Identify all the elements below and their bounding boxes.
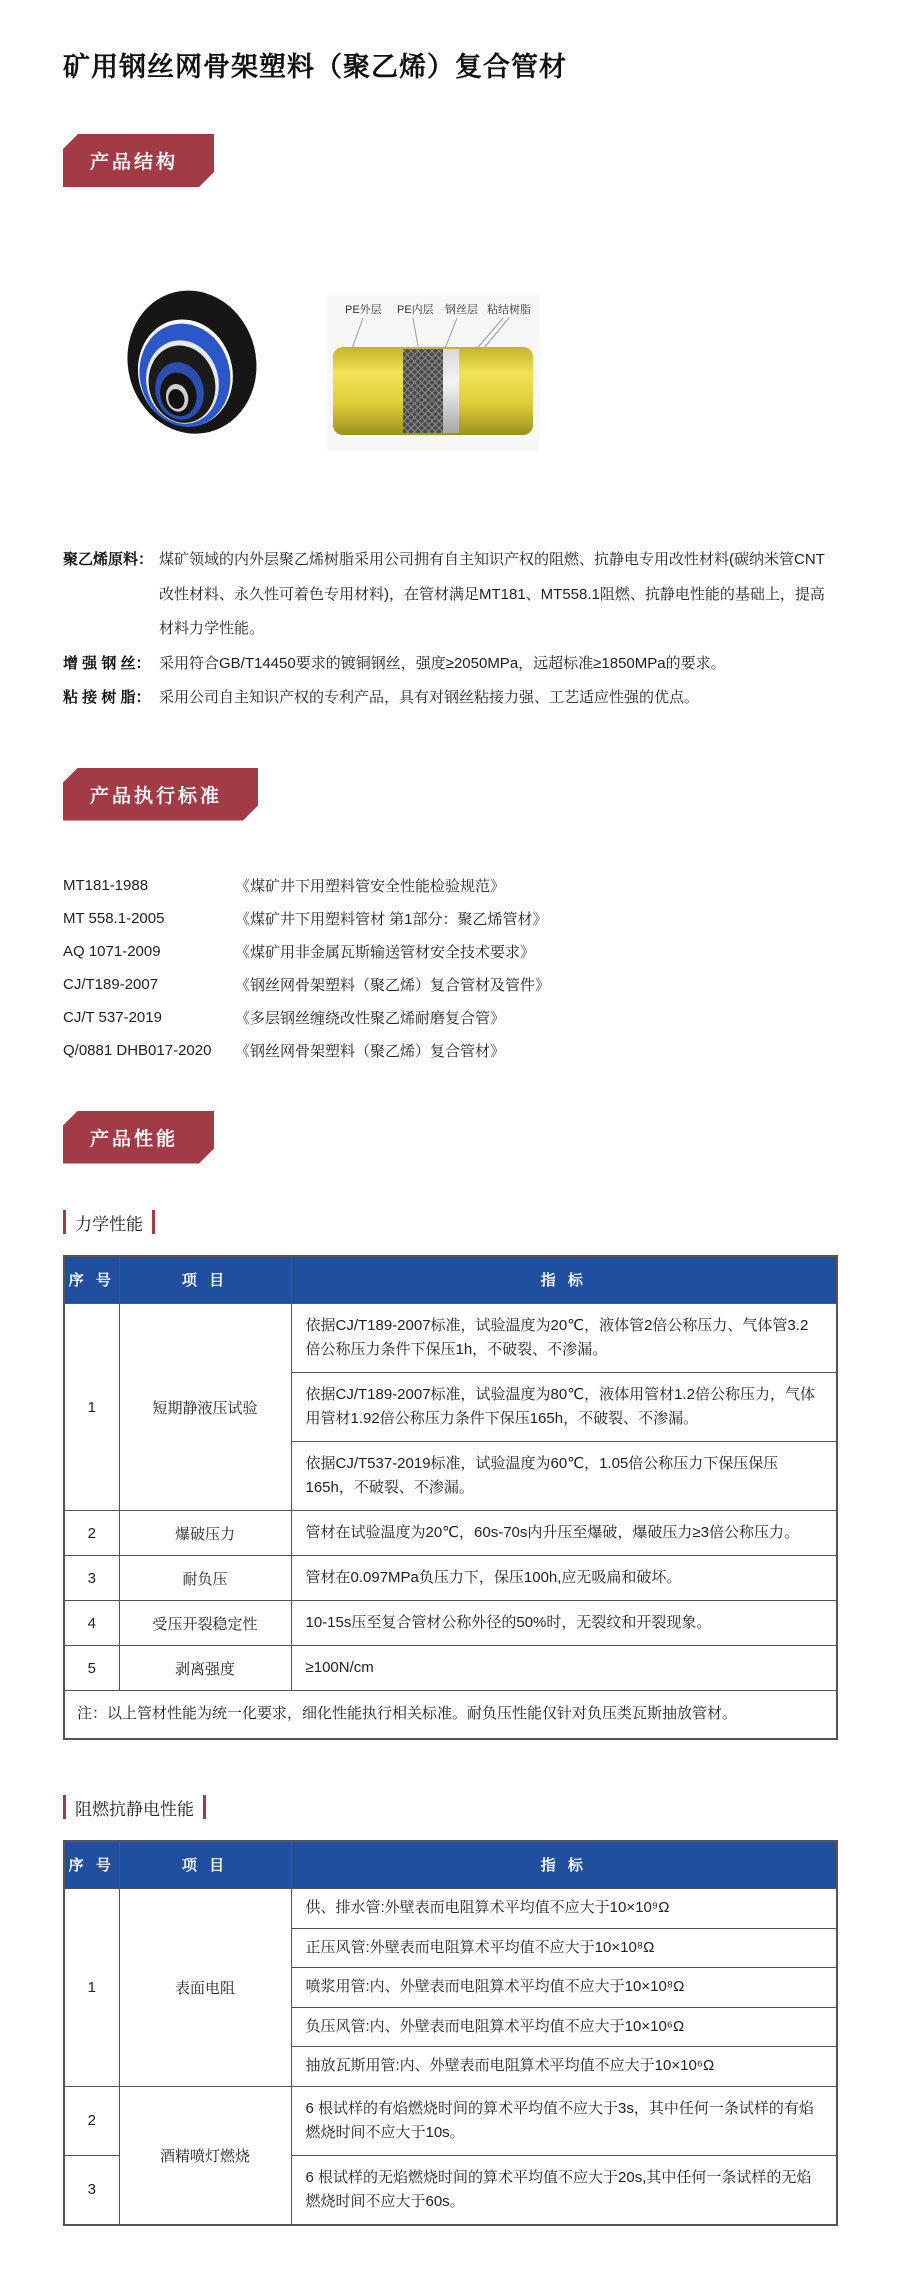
label-pe-outer: PE外层 xyxy=(345,302,382,316)
row-index: 2 xyxy=(64,2086,119,2155)
table-header-row: 序 号 项 目 指 标 xyxy=(64,1841,837,1889)
performance-banner: 产品性能 xyxy=(63,1111,214,1164)
row-spec: 管材在试验温度为20℃，60s-70s内升压至爆破，爆破压力≥3倍公称压力。 xyxy=(291,1511,837,1556)
paragraph-text: 煤矿领域的内外层聚乙烯树脂采用公司拥有自主知识产权的阻燃、抗静电专用改性材料(碳… xyxy=(159,543,838,647)
row-index: 1 xyxy=(64,1304,119,1511)
label-steel-wire: 钢丝层 xyxy=(445,302,478,316)
table-row: 1 表面电阻 供、排水管:外壁表而电阻算术平均值不应大于10×10⁹Ω xyxy=(64,1889,837,1929)
paragraph-label: 增 强 钢 丝： xyxy=(63,647,159,682)
row-spec: 管材在0.097MPa负压力下，保压100h,应无吸扁和破坏。 xyxy=(291,1556,837,1601)
table-row: 2 爆破压力 管材在试验温度为20℃，60s-70s内升压至爆破，爆破压力≥3倍… xyxy=(64,1511,837,1556)
row-spec: 供、排水管:外壁表而电阻算术平均值不应大于10×10⁹Ω xyxy=(291,1889,837,1929)
row-item: 酒精喷灯燃烧 xyxy=(119,2086,291,2225)
label-pe-inner: PE内层 xyxy=(397,302,434,316)
red-bar-right xyxy=(152,1210,155,1234)
paragraph-label: 聚乙烯原料： xyxy=(63,543,159,647)
flame-antistatic-table: 序 号 项 目 指 标 1 表面电阻 供、排水管:外壁表而电阻算术平均值不应大于… xyxy=(63,1840,838,2226)
standard-code: CJ/T189-2007 xyxy=(63,976,235,993)
row-index: 2 xyxy=(64,1511,119,1556)
row-spec: 正压风管:外壁表而电阻算术平均值不应大于10×10⁸Ω xyxy=(291,1928,837,1968)
row-item: 表面电阻 xyxy=(119,1889,291,2087)
structure-images: PE外层 PE内层 钢丝层 粘结树脂 xyxy=(63,277,838,473)
column-header-item: 项 目 xyxy=(119,1256,291,1304)
row-index: 5 xyxy=(64,1646,119,1691)
table-row: 5 剥离强度 ≥100N/cm xyxy=(64,1646,837,1691)
structure-paragraphs: 聚乙烯原料： 煤矿领域的内外层聚乙烯树脂采用公司拥有自主知识产权的阻燃、抗静电专… xyxy=(63,543,838,716)
mechanical-performance-heading: 力学性能 xyxy=(63,1210,838,1235)
row-spec: 10-15s压至复合管材公称外径的50%时，无裂纹和开裂现象。 xyxy=(291,1601,837,1646)
row-item: 受压开裂稳定性 xyxy=(119,1601,291,1646)
column-header-index: 序 号 xyxy=(64,1256,119,1304)
standard-code: MT181-1988 xyxy=(63,877,235,894)
section-structure: 产品结构 xyxy=(63,134,838,187)
row-item: 耐负压 xyxy=(119,1556,291,1601)
row-index: 1 xyxy=(64,1889,119,2087)
row-spec: 负压风管:内、外壁表而电阻算术平均值不应大于10×10⁶Ω xyxy=(291,2007,837,2047)
section-performance: 产品性能 xyxy=(63,1111,838,1164)
mechanical-performance-table: 序 号 项 目 指 标 1 短期静液压试验 依据CJ/T189-2007标准，试… xyxy=(63,1255,838,1740)
row-spec: 依据CJ/T189-2007标准，试验温度为20℃，液体管2倍公称压力、气体管3… xyxy=(291,1304,837,1373)
table-header-row: 序 号 项 目 指 标 xyxy=(64,1256,837,1304)
table-row: 1 短期静液压试验 依据CJ/T189-2007标准，试验温度为20℃，液体管2… xyxy=(64,1304,837,1373)
heading-text: 力学性能 xyxy=(75,1210,143,1235)
standard-title: 《钢丝网骨架塑料（聚乙烯）复合管材及管件》 xyxy=(235,974,550,995)
standard-item: Q/0881 DHB017-2020 《钢丝网骨架塑料（聚乙烯）复合管材》 xyxy=(63,1034,838,1067)
row-item: 短期静液压试验 xyxy=(119,1304,291,1511)
red-bar-left xyxy=(63,1210,66,1234)
row-spec: 喷浆用管:内、外壁表而电阻算术平均值不应大于10×10⁸Ω xyxy=(291,1968,837,2008)
row-spec: 6 根试样的有焰燃烧时间的算术平均值不应大于3s，其中任何一条试样的有焰燃烧时间… xyxy=(291,2086,837,2155)
column-header-item: 项 目 xyxy=(119,1841,291,1889)
label-adhesive-resin: 粘结树脂 xyxy=(487,302,531,316)
paragraph-steel-wire: 增 强 钢 丝： 采用符合GB/T14450要求的镀铜钢丝，强度≥2050MPa… xyxy=(63,647,838,682)
pipe-steel-wire-layer xyxy=(403,349,443,433)
row-index: 3 xyxy=(64,1556,119,1601)
pipe-structure-diagram: PE外层 PE内层 钢丝层 粘结树脂 xyxy=(327,295,539,451)
standard-code: CJ/T 537-2019 xyxy=(63,1009,235,1026)
column-header-spec: 指 标 xyxy=(291,1256,837,1304)
column-header-spec: 指 标 xyxy=(291,1841,837,1889)
standard-code: MT 558.1-2005 xyxy=(63,910,235,927)
standard-title: 《煤矿井下用塑料管材 第1部分：聚乙烯管材》 xyxy=(235,908,548,929)
standard-code: Q/0881 DHB017-2020 xyxy=(63,1042,235,1059)
table-note: 注：以上管材性能为统一化要求，细化性能执行相关标准。耐负压性能仅针对负压类瓦斯抽… xyxy=(64,1691,837,1739)
standard-item: MT181-1988 《煤矿井下用塑料管安全性能检验规范》 xyxy=(63,869,838,902)
table-row: 2 酒精喷灯燃烧 6 根试样的有焰燃烧时间的算术平均值不应大于3s，其中任何一条… xyxy=(64,2086,837,2155)
standard-item: CJ/T 537-2019 《多层钢丝缠绕改性聚乙烯耐磨复合管》 xyxy=(63,1001,838,1034)
standard-title: 《煤矿井下用塑料管安全性能检验规范》 xyxy=(235,875,505,896)
pipe-photo xyxy=(115,277,265,473)
flame-antistatic-heading: 阻燃抗静电性能 xyxy=(63,1795,838,1820)
standard-title: 《钢丝网骨架塑料（聚乙烯）复合管材》 xyxy=(235,1040,505,1061)
standard-title: 《多层钢丝缠绕改性聚乙烯耐磨复合管》 xyxy=(235,1007,505,1028)
red-bar-left xyxy=(63,1795,66,1819)
standard-item: CJ/T189-2007 《钢丝网骨架塑料（聚乙烯）复合管材及管件》 xyxy=(63,968,838,1001)
standard-code: AQ 1071-2009 xyxy=(63,943,235,960)
product-document-page: 矿用钢丝网骨架塑料（聚乙烯）复合管材 产品结构 xyxy=(0,0,900,2279)
row-item: 爆破压力 xyxy=(119,1511,291,1556)
row-index: 4 xyxy=(64,1601,119,1646)
column-header-index: 序 号 xyxy=(64,1841,119,1889)
row-spec: 抽放瓦斯用管:内、外壁表而电阻算术平均值不应大于10×10⁶Ω xyxy=(291,2047,837,2087)
page-title: 矿用钢丝网骨架塑料（聚乙烯）复合管材 xyxy=(63,45,838,84)
table-row: 3 耐负压 管材在0.097MPa负压力下，保压100h,应无吸扁和破坏。 xyxy=(64,1556,837,1601)
red-bar-right xyxy=(203,1795,206,1819)
standard-title: 《煤矿用非金属瓦斯输送管材安全技术要求》 xyxy=(235,941,535,962)
structure-banner: 产品结构 xyxy=(63,134,214,187)
row-index: 3 xyxy=(64,2155,119,2225)
standards-banner: 产品执行标准 xyxy=(63,768,258,821)
paragraph-text: 采用符合GB/T14450要求的镀铜钢丝，强度≥2050MPa，远超标准≥185… xyxy=(159,647,838,682)
paragraph-pe-material: 聚乙烯原料： 煤矿领域的内外层聚乙烯树脂采用公司拥有自主知识产权的阻燃、抗静电专… xyxy=(63,543,838,647)
standard-item: MT 558.1-2005 《煤矿井下用塑料管材 第1部分：聚乙烯管材》 xyxy=(63,902,838,935)
row-spec: 依据CJ/T537-2019标准，试验温度为60℃，1.05倍公称压力下保压保压… xyxy=(291,1442,837,1511)
standards-list: MT181-1988 《煤矿井下用塑料管安全性能检验规范》 MT 558.1-2… xyxy=(63,869,838,1067)
paragraph-adhesive-resin: 粘 接 树 脂： 采用公司自主知识产权的专利产品，具有对钢丝粘接力强、工艺适应性… xyxy=(63,681,838,716)
row-spec: 6 根试样的无焰燃烧时间的算术平均值不应大于20s,其中任何一条试样的无焰燃烧时… xyxy=(291,2155,837,2225)
paragraph-label: 粘 接 树 脂： xyxy=(63,681,159,716)
row-item: 剥离强度 xyxy=(119,1646,291,1691)
standard-item: AQ 1071-2009 《煤矿用非金属瓦斯输送管材安全技术要求》 xyxy=(63,935,838,968)
row-spec: 依据CJ/T189-2007标准，试验温度为80℃，液体用管材1.2倍公称压力，… xyxy=(291,1373,837,1442)
paragraph-text: 采用公司自主知识产权的专利产品，具有对钢丝粘接力强、工艺适应性强的优点。 xyxy=(159,681,838,716)
pipe-adhesive-layer xyxy=(443,349,459,433)
heading-text: 阻燃抗静电性能 xyxy=(75,1795,194,1820)
row-spec: ≥100N/cm xyxy=(291,1646,837,1691)
table-note-row: 注：以上管材性能为统一化要求，细化性能执行相关标准。耐负压性能仅针对负压类瓦斯抽… xyxy=(64,1691,837,1739)
table-row: 4 受压开裂稳定性 10-15s压至复合管材公称外径的50%时，无裂纹和开裂现象… xyxy=(64,1601,837,1646)
section-standards: 产品执行标准 xyxy=(63,768,838,821)
